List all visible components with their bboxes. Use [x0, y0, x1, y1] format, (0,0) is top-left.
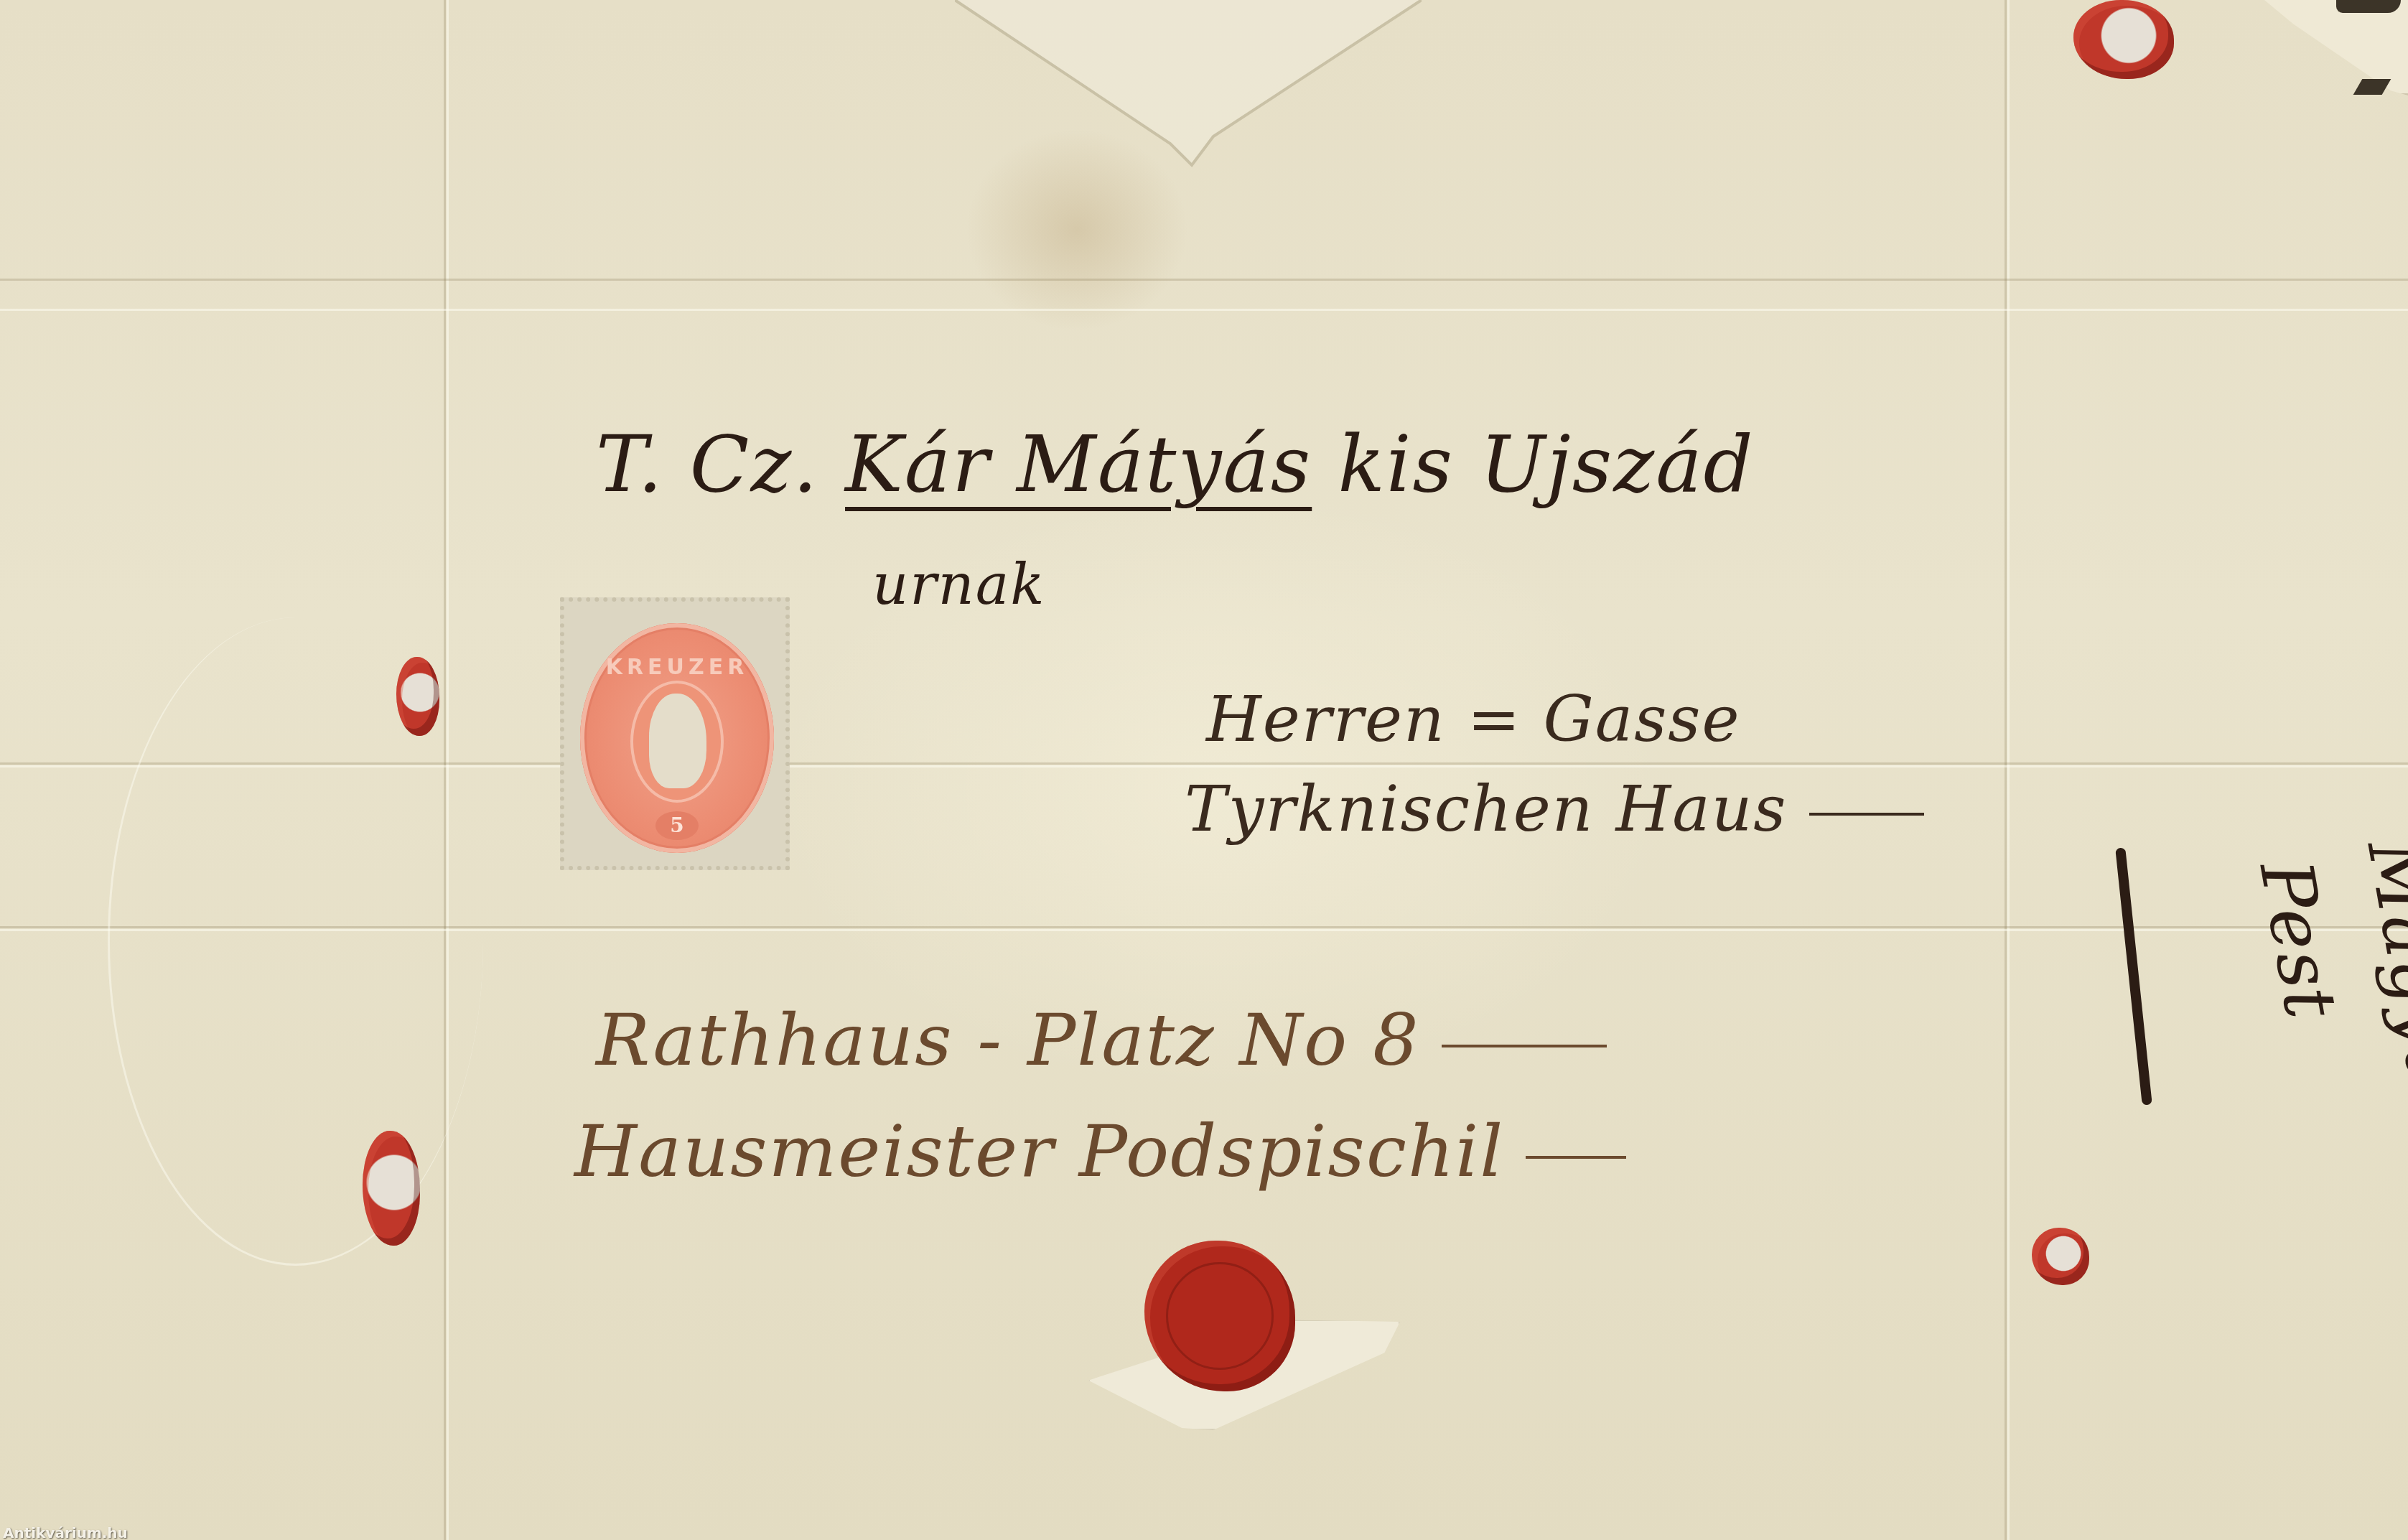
ink-dash	[1442, 1045, 1607, 1047]
wax-remnant	[2032, 1228, 2089, 1285]
wax-remnant	[363, 1131, 420, 1246]
seal-impression	[1166, 1262, 1274, 1370]
ink-dash	[1809, 813, 1924, 816]
fold-line	[0, 279, 2408, 281]
wax-remnant	[396, 657, 439, 736]
place-line-2: Hausmeister Podspischil	[574, 1109, 1626, 1193]
torn-corner-shadow	[2336, 0, 2401, 13]
stamp-oval: KREUZER 5	[580, 623, 774, 853]
wax-remnant	[2073, 0, 2174, 79]
fold-line	[0, 309, 2408, 311]
street-line-1: Herren = Gasse	[1206, 682, 1741, 756]
envelope-flap	[955, 0, 1422, 179]
portrait-profile-icon	[649, 694, 706, 788]
addressee-line: T. Cz. Kár Mátyás kis Ujszád	[596, 420, 1755, 510]
addressee-prefix: T. Cz.	[596, 420, 819, 510]
torn-corner-shadow	[2353, 79, 2391, 95]
addressee-suffix: kis Ujszád	[1338, 420, 1755, 510]
street-line-2-text: Tyrknischen Haus	[1185, 772, 1788, 846]
stamp-legend: KREUZER	[580, 655, 774, 680]
ink-dash	[1526, 1156, 1626, 1159]
destination-city: Pest	[2244, 854, 2354, 1025]
destination-country: Magyar Ország	[2351, 833, 2408, 1417]
stamp-value: 5	[655, 811, 699, 840]
street-line-2: Tyrknischen Haus	[1185, 772, 1924, 846]
place-line-2-text: Hausmeister Podspischil	[574, 1109, 1504, 1193]
fold-line	[2007, 0, 2010, 1540]
ink-flourish	[2115, 847, 2152, 1105]
addressee-name: Kár Mátyás	[845, 420, 1312, 510]
letter-sheet: T. Cz. Kár Mátyás kis Ujszád urnak Herre…	[0, 0, 2408, 1540]
stamp-medallion	[630, 681, 724, 803]
place-line-1-text: Rathhaus - Platz No 8	[596, 998, 1420, 1082]
postage-stamp: KREUZER 5	[560, 597, 790, 870]
addressee-honorific: urnak	[872, 553, 1046, 617]
watermark: Antikvárium.hu	[3, 1524, 128, 1540]
fold-line	[2005, 0, 2007, 1540]
place-line-1: Rathhaus - Platz No 8	[596, 998, 1607, 1082]
